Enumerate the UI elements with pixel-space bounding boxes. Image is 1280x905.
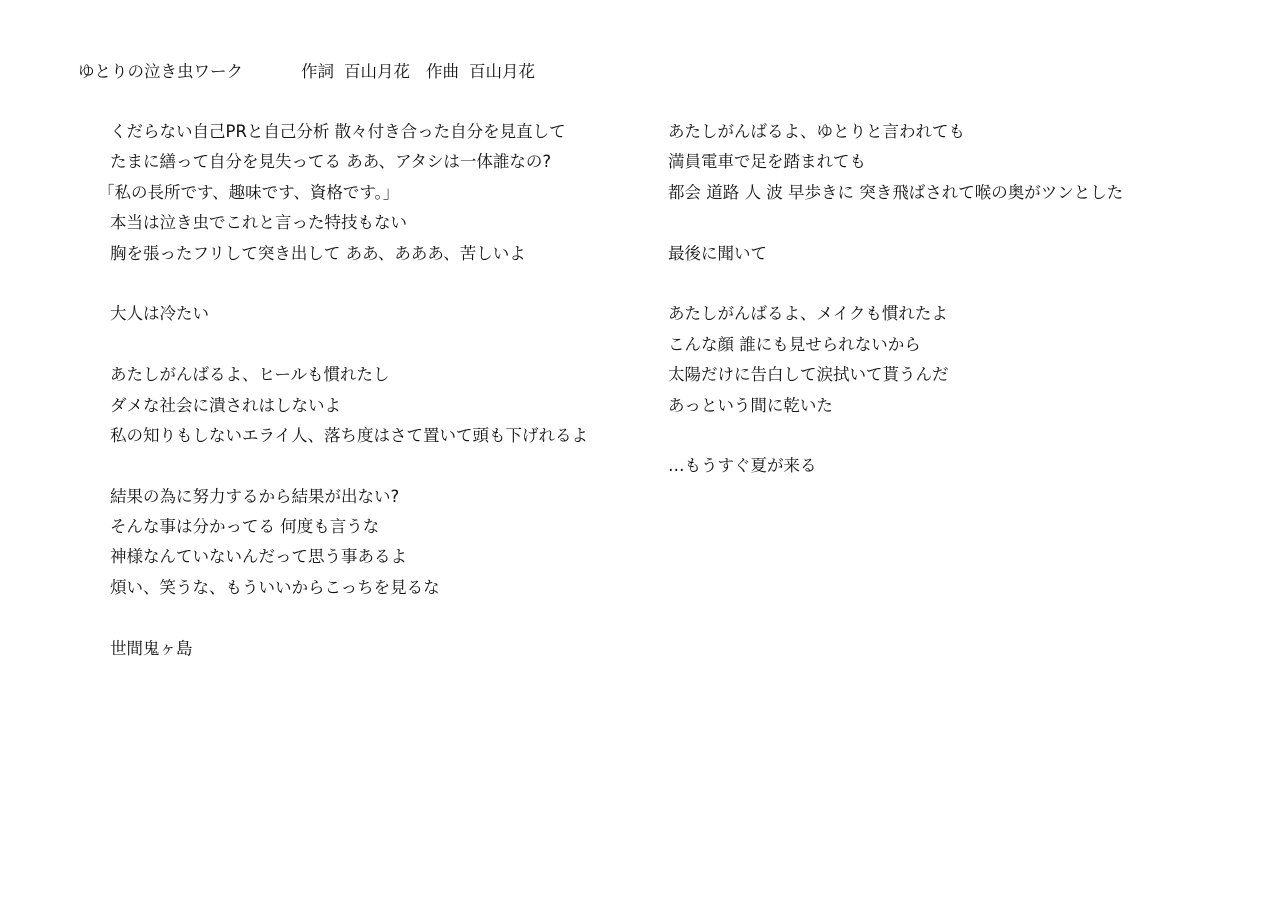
lyric-line: 私の知りもしないエライ人、落ち度はさて置いて頭も下げれるよ bbox=[110, 424, 588, 454]
song-title: ゆとりの泣き虫ワーク bbox=[78, 61, 243, 83]
blank-line bbox=[110, 333, 588, 363]
lyric-line: たまに繕って自分を見失ってる ああ、アタシは一体誰なの? bbox=[110, 150, 588, 180]
composition-label: 作曲 bbox=[426, 62, 459, 81]
lyric-line: こんな顔 誰にも見せられないから bbox=[668, 333, 1123, 363]
composer-name: 百山月花 bbox=[469, 62, 535, 81]
blank-line bbox=[110, 606, 588, 636]
blank-line bbox=[668, 211, 1123, 241]
blank-line bbox=[668, 272, 1123, 302]
lyric-line: 世間鬼ヶ島 bbox=[110, 637, 588, 667]
song-credits: 作詞百山月花作曲百山月花 bbox=[301, 61, 545, 83]
lyric-line-quote: 「私の長所です、趣味です、資格です。」 bbox=[98, 181, 588, 211]
lyric-line: くだらない自己PRと自己分析 散々付き合った自分を見直して bbox=[110, 120, 588, 150]
lyrics-left-column: くだらない自己PRと自己分析 散々付き合った自分を見直して たまに繕って自分を見… bbox=[110, 120, 588, 667]
blank-line bbox=[110, 272, 588, 302]
blank-line bbox=[668, 424, 1123, 454]
lyrics-label: 作詞 bbox=[301, 62, 334, 81]
lyric-line: あたしがんばるよ、メイクも慣れたよ bbox=[668, 302, 1123, 332]
lyric-line: 太陽だけに告白して涙拭いて貰うんだ bbox=[668, 363, 1123, 393]
lyric-line: …もうすぐ夏が来る bbox=[668, 454, 1123, 484]
lyric-line: あっという間に乾いた bbox=[668, 394, 1123, 424]
blank-line bbox=[110, 454, 588, 484]
lyric-line: 満員電車で足を踏まれても bbox=[668, 150, 1123, 180]
lyric-line: 煩い、笑うな、もういいからこっちを見るな bbox=[110, 576, 588, 606]
lyric-line: そんな事は分かってる 何度も言うな bbox=[110, 515, 588, 545]
lyric-line: 結果の為に努力するから結果が出ない? bbox=[110, 485, 588, 515]
lyric-line: 胸を張ったフリして突き出して ああ、あああ、苦しいよ bbox=[110, 242, 588, 272]
lyrics-right-column: あたしがんばるよ、ゆとりと言われても 満員電車で足を踏まれても 都会 道路 人 … bbox=[668, 120, 1123, 485]
song-header: ゆとりの泣き虫ワーク 作詞百山月花作曲百山月花 bbox=[78, 61, 243, 83]
lyric-line: あたしがんばるよ、ヒールも慣れたし bbox=[110, 363, 588, 393]
lyricist-name: 百山月花 bbox=[344, 62, 410, 81]
lyric-line: 最後に聞いて bbox=[668, 242, 1123, 272]
lyric-line: 大人は冷たい bbox=[110, 302, 588, 332]
lyric-line: 本当は泣き虫でこれと言った特技もない bbox=[110, 211, 588, 241]
lyric-line: 神様なんていないんだって思う事あるよ bbox=[110, 545, 588, 575]
lyric-line: あたしがんばるよ、ゆとりと言われても bbox=[668, 120, 1123, 150]
lyric-line: 都会 道路 人 波 早歩きに 突き飛ばされて喉の奥がツンとした bbox=[668, 181, 1123, 211]
lyric-line: ダメな社会に潰されはしないよ bbox=[110, 394, 588, 424]
